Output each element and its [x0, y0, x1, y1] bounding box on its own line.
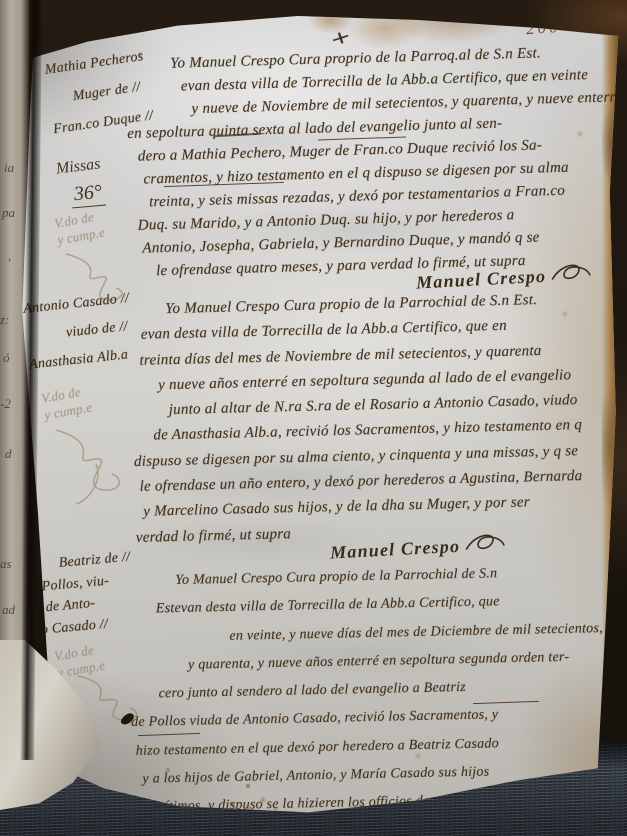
margin-deceased-name: Beatriz de //Pollos, viu-da de Anto-nio …	[23, 547, 137, 642]
margin-status-note: V.do dey cump.e	[40, 382, 93, 424]
signature-rubric-icon	[463, 529, 506, 557]
margin-status-note: V.do dey cump.e	[53, 207, 106, 249]
left-page-text-fragment: ,	[8, 248, 11, 264]
signature-rubric-icon	[549, 259, 592, 287]
signature-name: Manuel Crespo	[330, 536, 461, 563]
page-number: 200	[525, 17, 561, 39]
margin-deceased-name: Antonio Casado //viudo de //Anasthasia A…	[22, 285, 136, 380]
left-page-text-fragment: ó	[3, 350, 10, 366]
left-page-text-fragment: pa	[2, 205, 15, 221]
left-page-text-fragment: z:	[0, 312, 9, 328]
left-page-text-fragment: -2	[0, 396, 11, 412]
entry-body-text: Yo Manuel Crespo Cura propio de la Parro…	[130, 286, 627, 551]
margin-flourish-icon	[46, 424, 136, 510]
entry-body-text: Yo Manuel Crespo Cura proprio de la Parr…	[125, 40, 627, 284]
margin-masses-label: Missas	[55, 155, 101, 178]
left-page-text-fragment: as	[0, 556, 12, 572]
manuscript-page: + 200 Mathia PecherosMuger de //Fran.co …	[18, 12, 620, 814]
manuscript-photo: ia pa , z: ó -2 d as ad B + 200 Mathia P…	[0, 0, 627, 836]
left-page-text-fragment: ad	[2, 602, 15, 618]
left-page-text-fragment: ia	[4, 160, 14, 176]
left-page-text-fragment: d	[5, 446, 12, 462]
margin-masses-count: 36°	[70, 181, 106, 209]
